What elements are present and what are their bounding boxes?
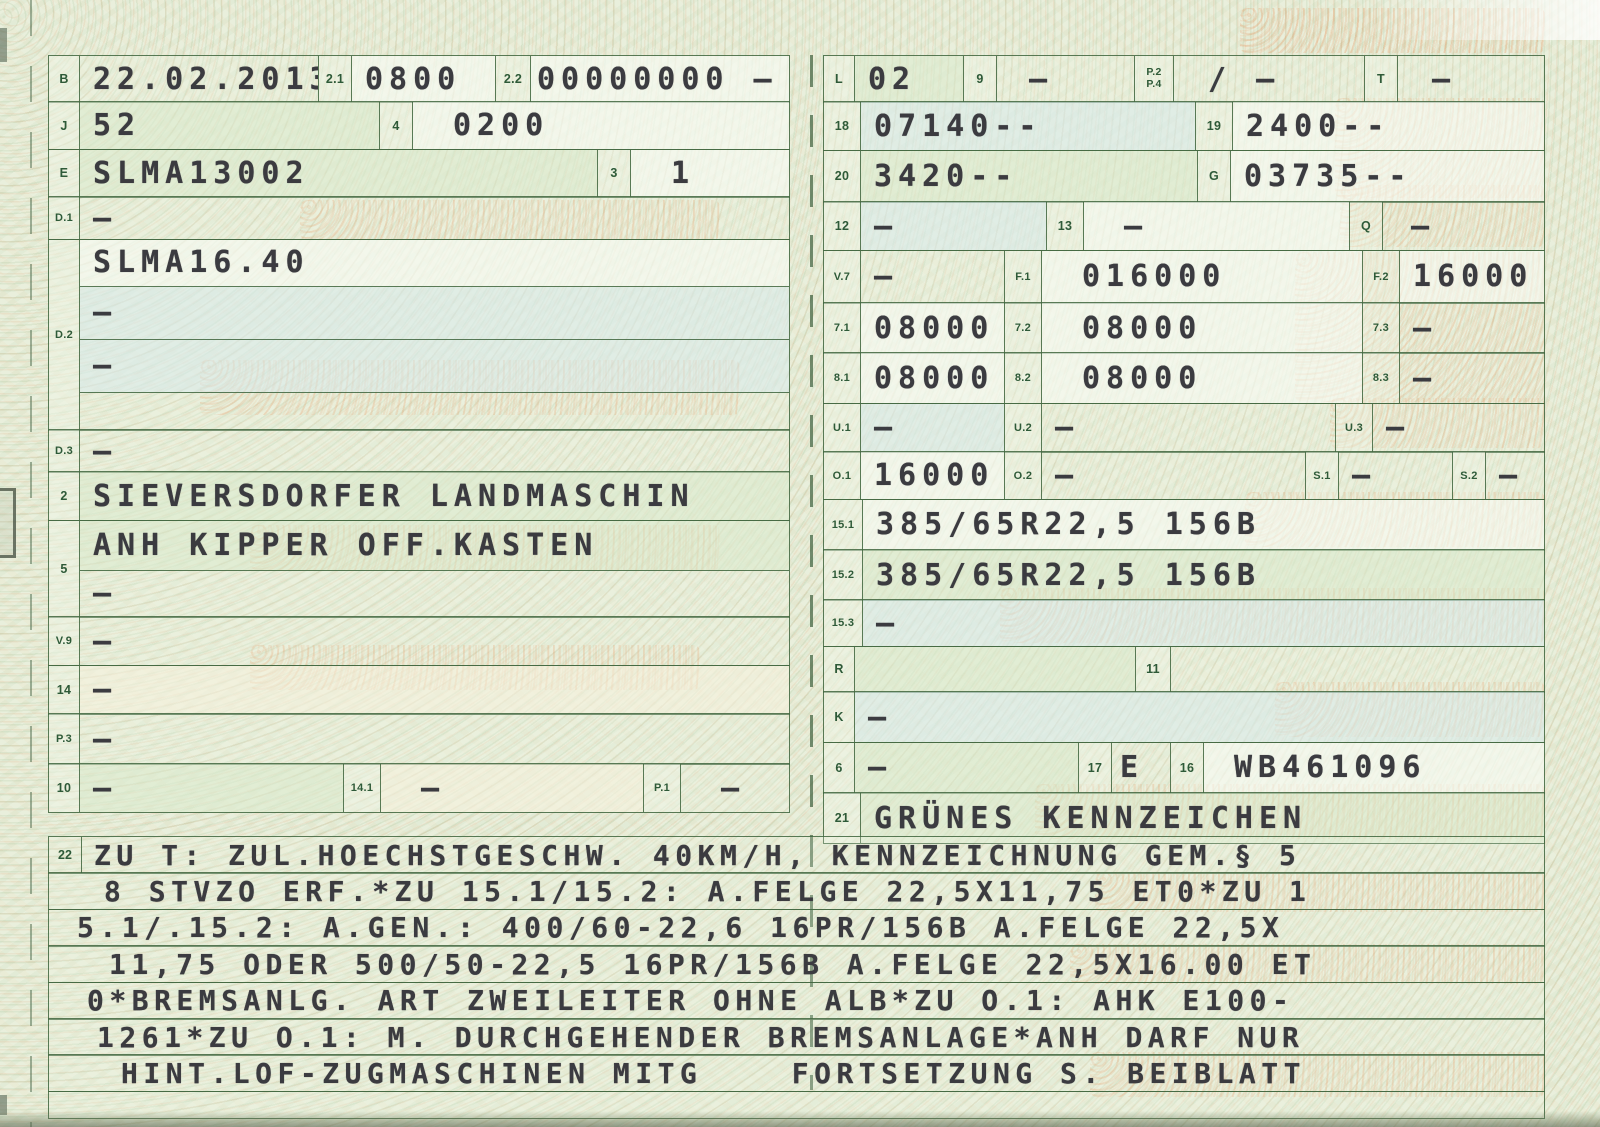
field-o2-label: O.2	[1004, 452, 1042, 499]
field-6-value: –	[855, 743, 1078, 793]
field-r-label: R	[824, 647, 855, 692]
notes-row-5: 0*BREMSANLG. ART ZWEILEITER OHNE ALB*ZU …	[48, 982, 1545, 1020]
field-t-value: –	[1398, 56, 1544, 102]
notes-line-5: 0*BREMSANLG. ART ZWEILEITER OHNE ALB*ZU …	[49, 983, 1294, 1019]
row-20-g: 20 3420-- G 03735--	[823, 150, 1545, 203]
field-p4-label-bottom: P.4	[1146, 79, 1161, 91]
field-2-value: SIEVERSDORFER LANDMASCHIN	[80, 472, 789, 520]
field-4-value: 0200	[413, 102, 789, 149]
row-r-11: R 11	[823, 646, 1545, 693]
field-b-value: 22.02.2013	[80, 56, 318, 102]
field-p2-p4-label: P.2 P.4	[1134, 56, 1174, 102]
field-d3-value: –	[80, 430, 789, 472]
page-bottom-edge	[0, 1111, 1600, 1127]
field-7-2-value: 08000	[1042, 303, 1362, 353]
field-v9-value: –	[80, 617, 789, 665]
row-14: 14 –	[48, 665, 790, 715]
page-edge-mark	[0, 488, 16, 558]
field-p3-value: –	[80, 714, 789, 764]
field-d1-value: –	[80, 197, 789, 239]
field-18-value: 07140--	[861, 102, 1195, 150]
field-2-label: 2	[49, 472, 80, 520]
field-15-3-value: –	[863, 600, 1544, 646]
row-l: L 02 9 – P.2 P.4 / – T –	[823, 55, 1545, 103]
field-18-label: 18	[824, 102, 861, 150]
field-16-label: 16	[1170, 743, 1204, 793]
field-u1-value: –	[861, 404, 1004, 452]
field-p3-label: P.3	[49, 714, 80, 764]
field-7-3-label: 7.3	[1362, 303, 1400, 353]
field-s2-value: –	[1486, 452, 1544, 499]
field-15-2-value: 385/65R22,5 156B	[863, 550, 1544, 600]
field-5-line1: ANH KIPPER OFF.KASTEN	[80, 521, 789, 571]
row-p3: P.3 –	[48, 713, 790, 765]
field-k-value: –	[855, 692, 1544, 742]
field-12-value: –	[861, 202, 1046, 250]
row-15-1: 15.1 385/65R22,5 156B	[823, 499, 1545, 551]
row-d2-group: D.2 SLMA16.40 – –	[48, 239, 790, 431]
form-right-column: L 02 9 – P.2 P.4 / – T – 18 07140-- 19 2…	[823, 55, 1545, 844]
field-f2-value: 16000	[1400, 251, 1544, 303]
field-u1-label: U.1	[824, 404, 861, 452]
field-2-2-label: 2.2	[495, 56, 531, 102]
field-17-label: 17	[1078, 743, 1112, 793]
field-11-value	[1171, 647, 1544, 692]
field-11-label: 11	[1135, 647, 1171, 692]
notes-block: 22 ZU T: ZUL.HOECHSTGESCHW. 40KM/H, KENN…	[48, 836, 1545, 1119]
notes-row-4: 11,75 ODER 500/50-22,5 16PR/156B A.FELGE…	[48, 945, 1545, 983]
field-3-value: 1	[631, 150, 789, 197]
field-9-value: –	[997, 56, 1134, 102]
scan-corner-highlight	[1370, 0, 1600, 40]
field-4-label: 4	[379, 102, 413, 149]
field-s1-label: S.1	[1305, 452, 1339, 499]
notes-line-7: HINT.LOF-ZUGMASCHINEN MITG FORTSETZUNG S…	[49, 1055, 1306, 1091]
field-16-value: WB461096	[1204, 743, 1544, 793]
field-2-2-value: 00000000 –	[531, 56, 789, 102]
field-p1-value: –	[681, 764, 789, 812]
field-d2-lines: SLMA16.40 – –	[80, 240, 789, 430]
row-d1: D.1 –	[48, 196, 790, 240]
field-e-value: SLMA13002	[80, 150, 597, 197]
field-20-label: 20	[824, 151, 861, 202]
row-8: 8.1 08000 8.2 08000 8.3 –	[823, 352, 1545, 404]
field-t-label: T	[1364, 56, 1398, 102]
field-8-1-label: 8.1	[824, 353, 861, 403]
field-7-3-value: –	[1400, 303, 1544, 353]
field-14-1-value: –	[381, 764, 643, 812]
notes-row-3: 5.1/.15.2: A.GEN.: 400/60-22,6 16PR/156B…	[48, 909, 1545, 947]
field-u3-label: U.3	[1335, 404, 1373, 452]
field-15-1-label: 15.1	[824, 500, 863, 550]
notes-line-3: 5.1/.15.2: A.GEN.: 400/60-22,6 16PR/156B…	[49, 910, 1284, 946]
field-d2-line4	[80, 393, 789, 430]
field-g-label: G	[1197, 151, 1231, 202]
row-k: K –	[823, 691, 1545, 743]
field-8-2-label: 8.2	[1004, 353, 1042, 403]
field-g-value: 03735--	[1231, 151, 1544, 202]
field-12-label: 12	[824, 202, 861, 250]
page-edge-tick	[0, 28, 7, 62]
field-15-3-label: 15.3	[824, 600, 863, 646]
field-d2-line3: –	[80, 340, 789, 393]
field-5-label: 5	[49, 521, 80, 617]
row-18-19: 18 07140-- 19 2400--	[823, 101, 1545, 151]
field-o2-value: –	[1042, 452, 1305, 499]
row-7: 7.1 08000 7.2 08000 7.3 –	[823, 302, 1545, 354]
field-b-label: B	[49, 56, 80, 102]
row-v9: V.9 –	[48, 616, 790, 666]
field-2-1-value: 0800	[352, 56, 495, 102]
field-d2-line2: –	[80, 287, 789, 340]
field-8-1-value: 08000	[861, 353, 1004, 403]
field-10-label: 10	[49, 764, 80, 812]
field-d2-line1: SLMA16.40	[80, 240, 789, 287]
field-19-label: 19	[1195, 102, 1233, 150]
field-s1-value: –	[1339, 452, 1452, 499]
field-r-value	[855, 647, 1135, 692]
field-f1-value: 016000	[1042, 251, 1362, 303]
field-k-label: K	[824, 692, 855, 742]
field-5-line2: –	[80, 571, 789, 617]
field-f2-label: F.2	[1362, 251, 1400, 303]
notes-row-1: 22 ZU T: ZUL.HOECHSTGESCHW. 40KM/H, KENN…	[48, 836, 1545, 874]
field-8-2-value: 08000	[1042, 353, 1362, 403]
notes-line-6: 1261*ZU O.1: M. DURCHGEHENDER BREMSANLAG…	[49, 1019, 1304, 1055]
field-5-lines: ANH KIPPER OFF.KASTEN –	[80, 521, 789, 617]
row-b: B 22.02.2013 2.1 0800 2.2 00000000 –	[48, 55, 790, 103]
row-5-group: 5 ANH KIPPER OFF.KASTEN –	[48, 520, 790, 618]
field-3-label: 3	[597, 150, 631, 197]
field-20-value: 3420--	[861, 151, 1197, 202]
row-15-2: 15.2 385/65R22,5 156B	[823, 549, 1545, 601]
form-left-column: B 22.02.2013 2.1 0800 2.2 00000000 – J 5…	[48, 55, 790, 844]
field-10-value: –	[80, 764, 343, 812]
field-v7-label: V.7	[824, 251, 861, 303]
field-13-label: 13	[1046, 202, 1084, 250]
notes-line-1: ZU T: ZUL.HOECHSTGESCHW. 40KM/H, KENNZEI…	[82, 837, 1301, 873]
notes-row-7: HINT.LOF-ZUGMASCHINEN MITG FORTSETZUNG S…	[48, 1054, 1545, 1092]
row-15-3: 15.3 –	[823, 599, 1545, 647]
field-u2-label: U.2	[1004, 404, 1042, 452]
field-d3-label: D.3	[49, 430, 80, 472]
vehicle-registration-document: B 22.02.2013 2.1 0800 2.2 00000000 – J 5…	[0, 0, 1600, 1127]
row-v7-f1-f2: V.7 – F.1 016000 F.2 16000	[823, 250, 1545, 304]
field-v7-value: –	[861, 251, 1004, 303]
field-u2-value: –	[1042, 404, 1335, 452]
row-6-17-16: 6 – 17 E 16 WB461096	[823, 742, 1545, 794]
row-o-s: O.1 16000 O.2 – S.1 – S.2 –	[823, 451, 1545, 500]
field-j-value: 52	[80, 102, 379, 149]
field-7-1-value: 08000	[861, 303, 1004, 353]
field-7-1-label: 7.1	[824, 303, 861, 353]
field-p1-label: P.1	[643, 764, 681, 812]
field-13-value: –	[1084, 202, 1349, 250]
field-19-value: 2400--	[1233, 102, 1544, 150]
row-10: 10 – 14.1 – P.1 –	[48, 763, 790, 813]
field-j-label: J	[49, 102, 80, 149]
row-12-13-q: 12 – 13 – Q –	[823, 201, 1545, 251]
field-l-label: L	[824, 56, 855, 102]
form-grid: B 22.02.2013 2.1 0800 2.2 00000000 – J 5…	[48, 55, 1545, 844]
field-q-value: –	[1383, 202, 1544, 250]
field-q-label: Q	[1349, 202, 1383, 250]
field-d1-label: D.1	[49, 197, 80, 239]
row-2: 2 SIEVERSDORFER LANDMASCHIN	[48, 471, 790, 521]
field-u3-value: –	[1373, 404, 1544, 452]
field-l-value: 02	[855, 56, 963, 102]
field-v9-label: V.9	[49, 617, 80, 665]
field-o1-value: 16000	[861, 452, 1004, 499]
field-22-label: 22	[49, 837, 82, 873]
field-s2-label: S.2	[1452, 452, 1486, 499]
row-u: U.1 – U.2 – U.3 –	[823, 403, 1545, 453]
field-15-2-label: 15.2	[824, 550, 863, 600]
field-15-1-value: 385/65R22,5 156B	[863, 500, 1544, 550]
field-p2-p4-value: / –	[1174, 56, 1364, 102]
notes-line-4: 11,75 ODER 500/50-22,5 16PR/156B A.FELGE…	[49, 946, 1316, 982]
field-8-3-label: 8.3	[1362, 353, 1400, 403]
field-f1-label: F.1	[1004, 251, 1042, 303]
field-6-label: 6	[824, 743, 855, 793]
field-14-1-label: 14.1	[343, 764, 381, 812]
notes-row-2: 8 STVZO ERF.*ZU 15.1/15.2: A.FELGE 22,5X…	[48, 872, 1545, 910]
field-7-2-label: 7.2	[1004, 303, 1042, 353]
field-8-3-value: –	[1400, 353, 1544, 403]
field-2-1-label: 2.1	[318, 56, 352, 102]
row-e: E SLMA13002 3 1	[48, 149, 790, 198]
field-14-value: –	[80, 666, 789, 714]
row-d3: D.3 –	[48, 429, 790, 473]
notes-line-2: 8 STVZO ERF.*ZU 15.1/15.2: A.FELGE 22,5X…	[49, 873, 1311, 909]
left-perforation-line	[30, 0, 32, 1127]
notes-row-6: 1261*ZU O.1: M. DURCHGEHENDER BREMSANLAG…	[48, 1018, 1545, 1056]
field-o1-label: O.1	[824, 452, 861, 499]
field-e-label: E	[49, 150, 80, 197]
row-j: J 52 4 0200	[48, 101, 790, 150]
field-d2-label: D.2	[49, 240, 80, 430]
field-9-label: 9	[963, 56, 997, 102]
field-14-label: 14	[49, 666, 80, 714]
field-17-value: E	[1112, 743, 1170, 793]
